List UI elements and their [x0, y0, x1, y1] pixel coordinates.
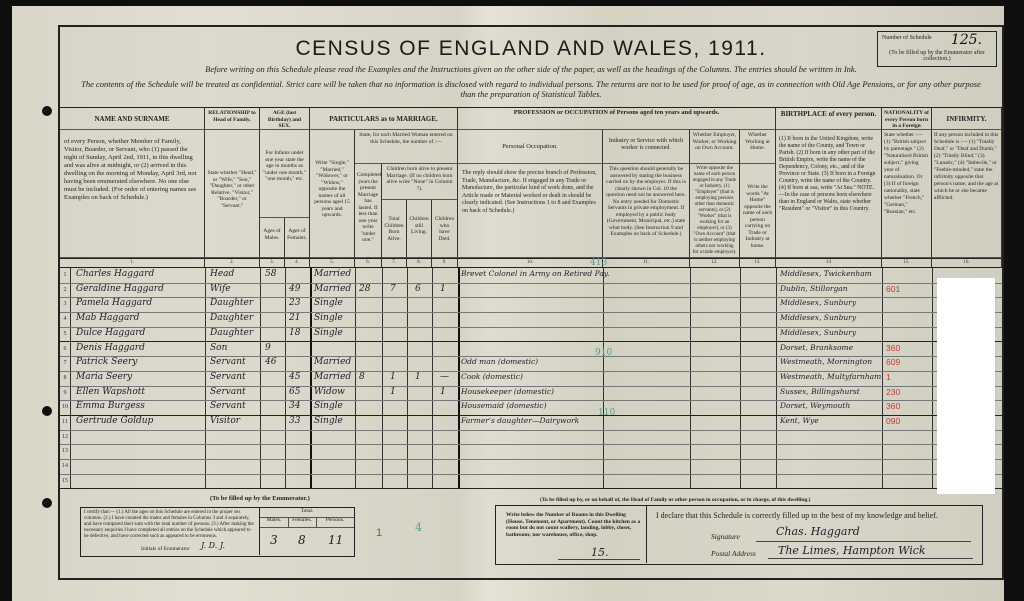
header-age-desc: For Infants under one year state the age…: [260, 130, 310, 218]
header-infirmity-desc: If any person included in this Schedule …: [932, 130, 1002, 258]
occupation: Housekeeper (domestic): [461, 387, 554, 396]
colnum-12: 12.: [690, 258, 740, 268]
schedule-number-box: Number of Schedule 125. (To be filled up…: [877, 31, 997, 67]
schedule-number: 125.: [951, 32, 982, 48]
colnum-7: 7.: [382, 258, 407, 268]
header-employer: Whether Employer, Worker, or Working on …: [690, 130, 740, 164]
occupation: Housemaid (domestic): [461, 401, 547, 410]
row-number: 10: [60, 404, 70, 410]
age-male: 46: [265, 357, 276, 367]
birthplace: Middlesex, Sunbury: [780, 313, 856, 322]
row-number: 5: [60, 331, 70, 337]
colnum-10: 10.: [458, 258, 603, 268]
occupation-code-annotation: 413: [590, 258, 607, 268]
enumerator-initials: J. D. J.: [201, 541, 225, 550]
children-total: 1: [390, 387, 396, 397]
males-label: Males.: [260, 517, 289, 528]
birthplace: Sussex, Billingshurst: [780, 387, 860, 396]
rooms-count: 15.: [591, 546, 609, 559]
header-marriage-state: State, for each Married Woman entered on…: [355, 130, 458, 164]
header-birthplace-desc: (1) If born in the United Kingdom, write…: [776, 130, 882, 258]
birthplace: Dorset, Weymouth: [780, 401, 850, 410]
table-row: 12: [60, 430, 1002, 446]
rooms-instruction: Write below the Number of Rooms in this …: [506, 512, 641, 538]
relationship: Visitor: [210, 416, 240, 426]
relationship: Head: [210, 269, 234, 279]
marital-status: Widow: [314, 387, 345, 397]
row-number: 6: [60, 346, 70, 352]
declaration-text: I declare that this Schedule is correctl…: [656, 511, 938, 520]
header-at-home-desc: Write the words "At Home" opposite the n…: [740, 164, 776, 258]
marital-status: Single: [314, 328, 343, 338]
postal-address-label: Postal Address: [711, 549, 756, 558]
colnum-4: 4.: [285, 258, 310, 268]
table-row: 13: [60, 444, 1002, 460]
total-males: 3: [270, 533, 278, 547]
header-birthplace: BIRTHPLACE of every person.: [776, 108, 882, 130]
age-female: 34: [289, 401, 300, 411]
table-row: 2Geraldine HaggardWife49Married28761Dubl…: [60, 283, 1002, 299]
person-name: Geraldine Haggard: [76, 284, 164, 294]
birthplace-code: 360: [886, 343, 900, 353]
row-number: 3: [60, 301, 70, 307]
occupation: Odd man (domestic): [461, 357, 538, 366]
children-died: 1: [440, 387, 446, 397]
table-row: 9Ellen WapshottServant65Widow11Housekeep…: [60, 386, 1002, 402]
relationship: Servant: [210, 372, 246, 382]
header-nationality: NATIONALITY of every Person born in a Fo…: [882, 108, 932, 130]
header-nationality-desc: State whether :— (1) "British subject by…: [882, 130, 932, 258]
children-died: —: [440, 372, 449, 382]
colnum-16: 16.: [932, 258, 1002, 268]
row-number: 4: [60, 316, 70, 322]
age-female: 23: [289, 298, 300, 308]
table-row: 6Denis HaggardSon9Dorset, Branksome360: [60, 342, 1002, 358]
instruction-line: Before writing on this Schedule please r…: [60, 64, 1002, 74]
table-row: 5Dulce HaggardDaughter18SingleMiddlesex,…: [60, 327, 1002, 343]
birthplace: Westmeath, Mornington: [780, 357, 872, 366]
occupation: Brevet Colonel in Army on Retired Pay.: [461, 269, 609, 278]
age-male: 9: [265, 343, 271, 353]
marital-status: Married: [314, 357, 351, 367]
birthplace-code: 230: [886, 387, 900, 397]
marital-status: Married: [314, 284, 351, 294]
enumerator-initials-label: Initials of Enumerator: [141, 546, 190, 552]
row-number: 7: [60, 360, 70, 366]
occupation: Farmer's daughter—Dairywork: [461, 416, 579, 425]
row-number: 9: [60, 390, 70, 396]
person-name: Charles Haggard: [76, 269, 154, 279]
marital-status: Single: [314, 416, 343, 426]
marital-status: Single: [314, 401, 343, 411]
colnum-5: 5.: [310, 258, 355, 268]
row-number: 12: [60, 434, 70, 440]
age-female: 45: [289, 372, 300, 382]
header-children-total: Total Children Born Alive.: [382, 200, 407, 258]
total-females: 8: [298, 533, 306, 547]
enumerator-certify: I certify that:— (1.) All the ages on th…: [84, 510, 256, 540]
marital-status: Married: [314, 372, 351, 382]
children-total: 1: [390, 372, 396, 382]
relationship: Daughter: [210, 313, 253, 323]
birthplace: Dorset, Branksome: [780, 343, 853, 352]
header-marriage-write: Write "Single," "Married," "Widower," or…: [310, 130, 355, 258]
row-number: 11: [60, 419, 70, 425]
relationship: Son: [210, 343, 227, 353]
colnum-9: 9.: [432, 258, 458, 268]
header-infirmity: INFIRMITY.: [932, 108, 1002, 130]
children-living: 1: [415, 372, 421, 382]
marriage-years: 8: [359, 372, 365, 382]
age-female: 49: [289, 284, 300, 294]
colnum-11: 11.: [603, 258, 690, 268]
birthplace: Middlesex, Sunbury: [780, 298, 856, 307]
head-section-caption: (To be filled up by, or on behalf of, th…: [540, 497, 810, 503]
header-age-males: Ages of Males.: [260, 218, 285, 258]
occupation-code-annotation: 910: [595, 348, 612, 358]
table-row: 3Pamela HaggardDaughter23SingleMiddlesex…: [60, 297, 1002, 313]
row-number: 1: [60, 272, 70, 278]
header-name: NAME AND SURNAME: [60, 108, 205, 130]
header-children-born: Children born alive to present Marriage.…: [382, 164, 458, 200]
person-name: Maria Seery: [76, 372, 132, 382]
enumerator-box: I certify that:— (1.) All the ages on th…: [80, 507, 355, 557]
colnum-8: 8.: [407, 258, 432, 268]
person-name: Mab Haggard: [76, 313, 139, 323]
age-female: 21: [289, 313, 300, 323]
row-number: 13: [60, 448, 70, 454]
header-industry-desc: This question should generally be answer…: [603, 164, 690, 258]
header-at-home: Whether Working at Home.: [740, 130, 776, 164]
birthplace: Kent, Wye: [780, 416, 819, 425]
colnum-1: 1.: [60, 258, 205, 268]
row-number: 14: [60, 463, 70, 469]
row-number: 15: [60, 478, 70, 484]
children-living: 6: [415, 284, 421, 294]
header-marriage-years: Completed years the present Marriage has…: [355, 164, 382, 258]
marital-status: Single: [314, 313, 343, 323]
birthplace: Middlesex, Sunbury: [780, 328, 856, 337]
signature-label: Signature: [711, 532, 740, 541]
children-died: 1: [440, 284, 446, 294]
colnum-6: 6.: [355, 258, 382, 268]
birthplace-code: 609: [886, 357, 900, 367]
table-row: 7Patrick SeeryServant46MarriedOdd man (d…: [60, 356, 1002, 372]
enumerator-caption: (To be filled up by the Enumerator.): [210, 495, 310, 502]
redacted-infirmity-column: [937, 278, 995, 494]
children-total: 7: [390, 284, 396, 294]
occupation: Cook (domestic): [461, 372, 523, 381]
colnum-3: 3.: [260, 258, 285, 268]
birthplace: Middlesex, Twickenham: [780, 269, 872, 278]
persons-label: Persons.: [316, 517, 354, 528]
header-name-desc: of every Person, whether Member of Famil…: [60, 130, 205, 258]
colnum-13: 13.: [740, 258, 776, 268]
header-marriage: PARTICULARS as to MARRIAGE.: [310, 108, 458, 130]
marriage-years: 28: [359, 284, 370, 294]
header-children-living: Children still Living.: [407, 200, 432, 258]
schedule-number-label: Number of Schedule: [882, 35, 932, 41]
census-form: CENSUS OF ENGLAND AND WALES, 1911. Befor…: [58, 25, 1004, 580]
postal-address: The Limes, Hampton Wick: [778, 544, 926, 557]
person-name: Pamela Haggard: [76, 298, 152, 308]
table-row: 8Maria SeeryServant45Married811—Cook (do…: [60, 371, 1002, 387]
table-row: 1Charles HaggardHead58MarriedBrevet Colo…: [60, 268, 1002, 284]
colnum-14: 14: [776, 258, 882, 268]
person-name: Gertrude Goldup: [76, 416, 153, 426]
relationship: Daughter: [210, 328, 253, 338]
birthplace-code: 601: [886, 284, 900, 294]
header-personal-occupation: Personal Occupation.: [458, 130, 603, 164]
punch-hole: [42, 498, 52, 508]
header-industry: Industry or Service with which worker is…: [603, 130, 690, 164]
age-female: 33: [289, 416, 300, 426]
table-row: 10Emma BurgessServant34SingleHousemaid (…: [60, 400, 1002, 416]
relationship: Servant: [210, 357, 246, 367]
person-name: Dulce Haggard: [76, 328, 145, 338]
punch-hole: [42, 406, 52, 416]
header-personal-occupation-desc: The reply should show the precise branch…: [458, 164, 603, 258]
margin-annotation-green: 4: [415, 521, 422, 534]
occupation-code-annotation: 110: [598, 408, 615, 418]
age-female: 18: [289, 328, 300, 338]
header-age-females: Ages of Females.: [285, 218, 310, 258]
relationship: Servant: [210, 401, 246, 411]
birthplace: Westmeath, Multyfarnham: [780, 372, 881, 381]
birthplace-code: 1: [886, 372, 891, 382]
census-table: NAME AND SURNAME RELATIONSHIP to Head of…: [60, 107, 1002, 108]
table-body: 1Charles HaggardHead58MarriedBrevet Colo…: [60, 268, 1002, 489]
person-name: Ellen Wapshott: [76, 387, 145, 397]
header-relationship-desc: State whether "Head," or "Wife," "Son," …: [205, 130, 260, 258]
birthplace-code: 360: [886, 401, 900, 411]
birthplace-code: 090: [886, 416, 900, 426]
relationship: Wife: [210, 284, 231, 294]
person-name: Denis Haggard: [76, 343, 145, 353]
head-section-box: Write below the Number of Rooms in this …: [495, 505, 983, 565]
schedule-number-note: (To be filled up by the Enumerator after…: [882, 50, 992, 62]
birthplace: Dublin, Stillorgan: [780, 284, 848, 293]
age-male: 58: [265, 269, 276, 279]
marital-status: Married: [314, 269, 351, 279]
header-employer-desc: Write opposite the name of each person e…: [690, 164, 740, 258]
age-female: 65: [289, 387, 300, 397]
confidential-line-2: than the preparation of Statistical Tabl…: [60, 89, 1002, 99]
table-row: 11Gertrude GoldupVisitor33SingleFarmer's…: [60, 415, 1002, 431]
relationship: Servant: [210, 387, 246, 397]
header-profession: PROFESSION or OCCUPATION of Persons aged…: [458, 108, 776, 130]
page-title: CENSUS OF ENGLAND AND WALES, 1911.: [60, 37, 1002, 61]
header-children-died: Children who have Died.: [432, 200, 458, 258]
table-row: 4Mab HaggardDaughter21SingleMiddlesex, S…: [60, 312, 1002, 328]
header-age: AGE (last Birthday) and SEX.: [260, 108, 310, 130]
females-label: Females.: [288, 517, 317, 528]
person-name: Emma Burgess: [76, 401, 145, 411]
header-relationship: RELATIONSHIP to Head of Family.: [205, 108, 260, 130]
marital-status: Single: [314, 298, 343, 308]
person-name: Patrick Seery: [76, 357, 137, 367]
row-number: 8: [60, 375, 70, 381]
table-row: 15: [60, 474, 1002, 490]
relationship: Daughter: [210, 298, 253, 308]
row-number: 2: [60, 287, 70, 293]
signature: Chas. Haggard: [776, 525, 860, 538]
confidential-line: The contents of the Schedule will be tre…: [60, 79, 1002, 89]
colnum-15: 15.: [882, 258, 932, 268]
table-row: 14: [60, 459, 1002, 475]
total-persons: 11: [328, 533, 343, 547]
colnum-2: 2.: [205, 258, 260, 268]
margin-annotation-red: 1: [376, 527, 382, 539]
punch-hole: [42, 106, 52, 116]
